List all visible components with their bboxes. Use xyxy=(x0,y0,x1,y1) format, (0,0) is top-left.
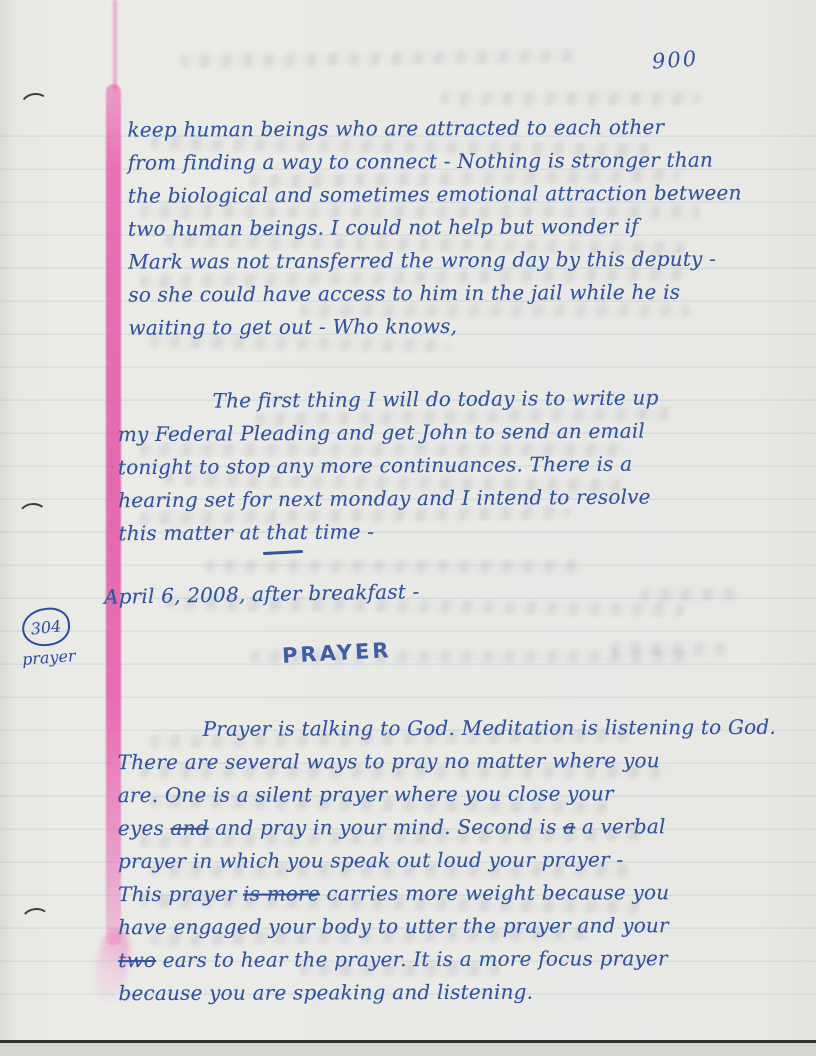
bleed-through-smudge xyxy=(640,587,740,601)
handwritten-line: waiting to get out - Who knows, xyxy=(128,308,768,344)
hole-punch-icon xyxy=(18,91,52,121)
handwritten-line: because you are speaking and listening. xyxy=(118,975,758,1010)
handwritten-line: two human beings. I could not help but w… xyxy=(128,209,768,245)
handwritten-line: keep human beings who are attracted to e… xyxy=(127,110,767,146)
handwritten-line: eyes and and pray in your mind. Second i… xyxy=(118,810,758,845)
ink-text: this matter at that time - xyxy=(118,519,374,545)
margin-note-number: 304 xyxy=(30,616,62,638)
scanned-journal-page: { "page": { "number": "900", "colors": {… xyxy=(0,0,816,1056)
journal-entry-1: keep human beings who are attracted to e… xyxy=(127,110,768,344)
ink-text: from finding a way to connect - Nothing … xyxy=(128,148,714,175)
ink-text: The first thing I will do today is to wr… xyxy=(212,385,658,412)
ink-text: This prayer xyxy=(118,882,243,906)
handwritten-line: This prayer is more carries more weight … xyxy=(118,876,758,911)
handwritten-line: tonight to stop any more continuances. T… xyxy=(118,447,758,484)
ink-text: Prayer is talking to God. Meditation is … xyxy=(202,715,775,741)
ink-text: my Federal Pleading and get John to send… xyxy=(118,419,645,447)
ink-text: Mark was not transferred the wrong day b… xyxy=(128,247,716,274)
handwritten-line: hearing set for next monday and I intend… xyxy=(118,480,758,517)
handwritten-line: Mark was not transferred the wrong day b… xyxy=(128,242,768,278)
bleed-through-smudge xyxy=(440,92,700,105)
page-number: 900 xyxy=(651,46,699,73)
hole-punch-icon xyxy=(20,906,53,935)
struck-out-text: a xyxy=(563,815,575,839)
ink-text: tonight to stop any more continuances. T… xyxy=(118,452,632,480)
bleed-through-smudge xyxy=(610,641,730,656)
date-line: April 6, 2008, after breakfast - xyxy=(104,575,420,614)
section-divider-dash xyxy=(263,550,303,555)
ink-text: hearing set for next monday and I intend… xyxy=(118,485,651,513)
struck-out-text: is more xyxy=(243,881,320,905)
ink-text: so she could have access to him in the j… xyxy=(128,280,680,307)
bleed-through-smudge xyxy=(180,49,580,68)
ink-text: keep human beings who are attracted to e… xyxy=(127,115,664,142)
ink-text: two human beings. I could not help but w… xyxy=(128,214,639,241)
ink-text: have engaged your body to utter the pray… xyxy=(118,913,669,939)
ink-text: waiting to get out - Who knows, xyxy=(128,314,457,340)
journal-entry-2: The first thing I will do today is to wr… xyxy=(117,381,758,550)
journal-entry-3: Prayer is talking to God. Meditation is … xyxy=(117,711,758,1010)
ink-text: eyes xyxy=(118,816,171,840)
ink-text: ears to hear the prayer. It is a more fo… xyxy=(156,946,668,972)
handwritten-line: are. One is a silent prayer where you cl… xyxy=(118,777,758,812)
ink-text: There are several ways to pray no matter… xyxy=(118,748,660,774)
struck-out-text: two xyxy=(118,948,156,972)
handwritten-line: from finding a way to connect - Nothing … xyxy=(128,143,768,179)
handwritten-line: so she could have access to him in the j… xyxy=(128,275,768,311)
handwritten-line: Prayer is talking to God. Meditation is … xyxy=(117,711,757,746)
highlighter-stripe-top xyxy=(113,0,117,92)
handwritten-line: two ears to hear the prayer. It is a mor… xyxy=(118,942,758,977)
hole-punch-icon xyxy=(17,502,49,531)
handwritten-line: prayer in which you speak out loud your … xyxy=(118,843,758,878)
handwritten-line: There are several ways to pray no matter… xyxy=(118,744,758,779)
ink-text: are. One is a silent prayer where you cl… xyxy=(118,781,614,807)
section-heading: PRAYER xyxy=(281,638,392,668)
ink-text: carries more weight because you xyxy=(320,880,669,905)
handwritten-line: my Federal Pleading and get John to send… xyxy=(118,414,758,451)
struck-out-text: and xyxy=(170,816,208,840)
bleed-through-smudge xyxy=(205,560,585,573)
handwritten-line: have engaged your body to utter the pray… xyxy=(118,909,758,944)
ink-text: because you are speaking and listening. xyxy=(118,980,533,1005)
margin-note-label: prayer xyxy=(21,646,76,669)
handwritten-line: the biological and sometimes emotional a… xyxy=(128,176,768,212)
ink-text: the biological and sometimes emotional a… xyxy=(128,180,742,207)
margin-note: 304 prayer xyxy=(22,608,76,667)
ink-text: a verbal xyxy=(575,814,665,838)
ink-text: prayer in which you speak out loud your … xyxy=(118,847,623,873)
margin-note-circle: 304 xyxy=(20,606,72,649)
scan-bottom-edge xyxy=(0,1040,816,1056)
ink-text: and pray in your mind. Second is xyxy=(209,815,564,840)
handwritten-line: this matter at that time - xyxy=(118,513,758,550)
handwritten-line: The first thing I will do today is to wr… xyxy=(117,381,757,418)
